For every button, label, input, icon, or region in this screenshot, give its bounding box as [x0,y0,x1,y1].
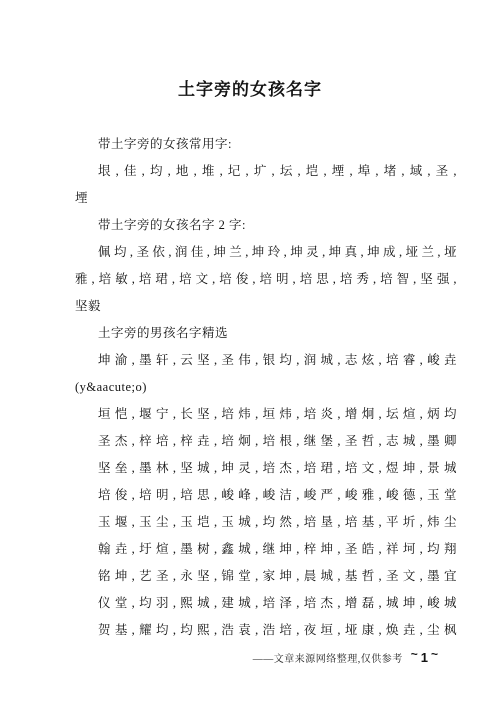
text-line: 圣杰,梓培,梓垚,培炯,培根,继堡,圣哲,志城,墨卿 [75,428,457,455]
text-line: 翰垚,圩煊,墨树,鑫城,继坤,梓坤,圣皓,祥坷,均翔 [75,536,457,563]
page-number: ~ 1 ~ [411,650,438,665]
text-line: 铭坤,艺圣,永坚,锦堂,家坤,晨城,基哲,圣文,墨宜 [75,563,457,590]
text-line: 垣恺,堰宁,长坚,培炜,垣炜,培炎,增炯,坛煊,炳均 [75,401,457,428]
text-line: 坤渝,墨轩,云坚,圣伟,银均,润城,志炫,培睿,峻垚 [75,347,457,374]
page-number-tilde-left: ~ [411,647,418,661]
text-line: 带土字旁的女孩名字 2 字: [75,212,457,239]
text-line: 佩均,圣依,润佳,坤兰,坤玲,坤灵,坤真,坤成,垭兰,垭 [75,239,457,266]
text-line: 仪堂,均羽,熙城,建城,培泽,培杰,增磊,城坤,峻城 [75,590,457,617]
text-line: 贺基,耀均,均熙,浩袁,浩培,夜垣,垭康,焕垚,尘枫 [75,617,457,644]
page-number-value: 1 [421,650,428,665]
page-footer: ——文章来源网络整理,仅供参考 ~ 1 ~ [0,650,500,665]
text-line: (y&aacute;o) [75,374,457,401]
page-number-tilde-right: ~ [431,647,438,661]
text-line: 坚毅 [75,293,457,320]
text-line: 土字旁的男孩名字精选 [75,320,457,347]
footer-source-text: ——文章来源网络整理,仅供参考 [253,650,403,665]
text-line: 雅,培敏,培珺,培文,培俊,培明,培思,培秀,培智,坚强, [75,266,457,293]
text-line: 玉堰,玉尘,玉垲,玉城,均然,培垦,培基,平圻,炜尘 [75,509,457,536]
text-line: 培俊,培明,培思,峻峰,峻洁,峻严,峻雅,峻德,玉堂 [75,482,457,509]
text-line: 坚垒,墨林,坚城,坤灵,培杰,培珺,培文,煜坤,景城 [75,455,457,482]
page-title: 土字旁的女孩名字 [0,0,500,100]
document-page: 土字旁的女孩名字 带土字旁的女孩常用字: 垠,佳,均,地,堆,圮,圹,坛,垲,堙… [0,0,500,707]
text-line: 堙 [75,185,457,212]
text-line: 带土字旁的女孩常用字: [75,131,457,158]
text-line: 垠,佳,均,地,堆,圮,圹,坛,垲,堙,埠,堵,域,圣, [75,158,457,185]
document-body: 带土字旁的女孩常用字: 垠,佳,均,地,堆,圮,圹,坛,垲,堙,埠,堵,域,圣,… [75,131,457,644]
